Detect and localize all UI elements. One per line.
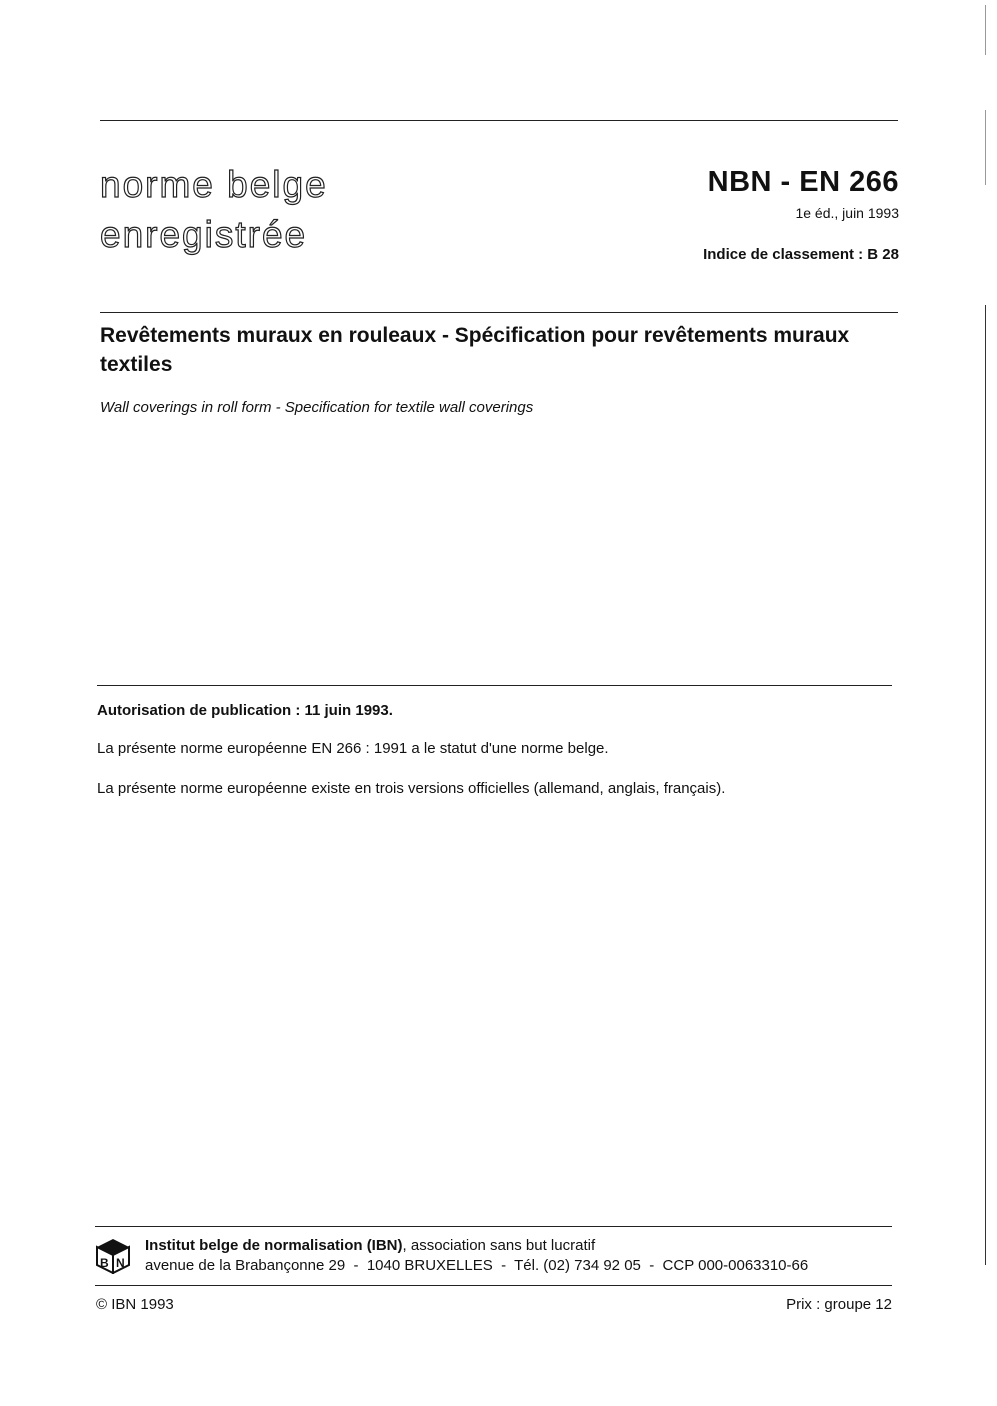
mark-line-2: enregistrée [100,210,328,260]
scan-edge-line-top [985,5,986,55]
scan-edge-line-top2 [985,110,986,185]
footer-top-rule [95,1226,892,1227]
title-english: Wall coverings in roll form - Specificat… [100,399,533,416]
svg-text:N: N [116,1256,125,1270]
footer-mid-rule [95,1285,892,1286]
versions-paragraph: La présente norme européenne existe en t… [97,780,725,797]
title-french: Revêtements muraux en rouleaux - Spécifi… [100,321,900,379]
standard-number: NBN - EN 266 [708,166,899,199]
institute-line: Institut belge de normalisation (IBN), a… [145,1237,595,1254]
scan-edge-line [985,305,986,1265]
mark-line-1: norme belge [100,160,328,210]
copyright: © IBN 1993 [96,1296,174,1313]
body-rule [97,685,892,686]
classification-index: Indice de classement : B 28 [703,246,899,263]
title-rule [100,312,898,313]
top-rule [100,120,898,121]
price-group: Prix : groupe 12 [786,1296,892,1313]
publication-authorization: Autorisation de publication : 11 juin 19… [97,702,393,719]
edition-date: 1e éd., juin 1993 [795,205,899,221]
institute-suffix: , association sans but lucratif [403,1237,596,1254]
registered-norm-mark: norme belge enregistrée [100,160,328,260]
ibn-logo-icon: B N [95,1238,131,1274]
institute-name: Institut belge de normalisation (IBN) [145,1237,403,1254]
status-paragraph: La présente norme européenne EN 266 : 19… [97,740,609,757]
svg-text:B: B [100,1256,109,1270]
institute-address: avenue de la Brabançonne 29 - 1040 BRUXE… [145,1257,808,1274]
